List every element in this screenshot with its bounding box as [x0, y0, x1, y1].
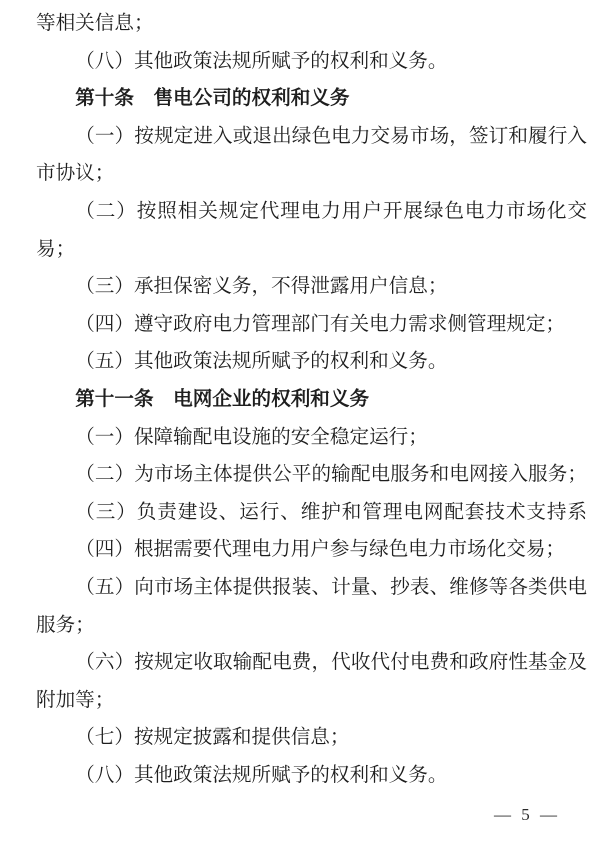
- text-line: （五）其他政策法规所赋予的权利和义务。: [36, 343, 587, 381]
- text-line: （八）其他政策法规所赋予的权利和义务。: [36, 43, 587, 81]
- text-line: （三）负责建设、运行、维护和管理电网配套技术支持系统；: [36, 494, 587, 532]
- text-line: （四）遵守政府电力管理部门有关电力需求侧管理规定；: [36, 306, 587, 344]
- text-line: （四）根据需要代理电力用户参与绿色电力市场化交易；: [36, 531, 587, 569]
- text-line: （七）按规定披露和提供信息；: [36, 719, 587, 757]
- document-body: 等相关信息；（八）其他政策法规所赋予的权利和义务。第十条 售电公司的权利和义务（…: [36, 5, 587, 794]
- text-line: （二）为市场主体提供公平的输配电服务和电网接入服务；: [36, 456, 587, 494]
- text-line: （三）承担保密义务，不得泄露用户信息；: [36, 268, 587, 306]
- article-heading: 第十一条 电网企业的权利和义务: [36, 381, 587, 419]
- text-line: 附加等；: [36, 682, 587, 720]
- text-line: （一）保障输配电设施的安全稳定运行；: [36, 419, 587, 457]
- text-line: 服务；: [36, 607, 587, 645]
- text-line: （六）按规定收取输配电费，代收代付电费和政府性基金及: [36, 644, 587, 682]
- article-heading: 第十条 售电公司的权利和义务: [36, 80, 587, 118]
- text-line: （五）向市场主体提供报装、计量、抄表、维修等各类供电: [36, 569, 587, 607]
- text-line: （二）按照相关规定代理电力用户开展绿色电力市场化交: [36, 193, 587, 231]
- document-page: 等相关信息；（八）其他政策法规所赋予的权利和义务。第十条 售电公司的权利和义务（…: [0, 0, 603, 845]
- text-line: 等相关信息；: [36, 5, 587, 43]
- text-line: （一）按规定进入或退出绿色电力交易市场，签订和履行入: [36, 118, 587, 156]
- text-line: （八）其他政策法规所赋予的权利和义务。: [36, 757, 587, 795]
- page-number: — 5 —: [494, 804, 560, 826]
- text-line: 市协议；: [36, 155, 587, 193]
- text-line: 易；: [36, 231, 587, 269]
